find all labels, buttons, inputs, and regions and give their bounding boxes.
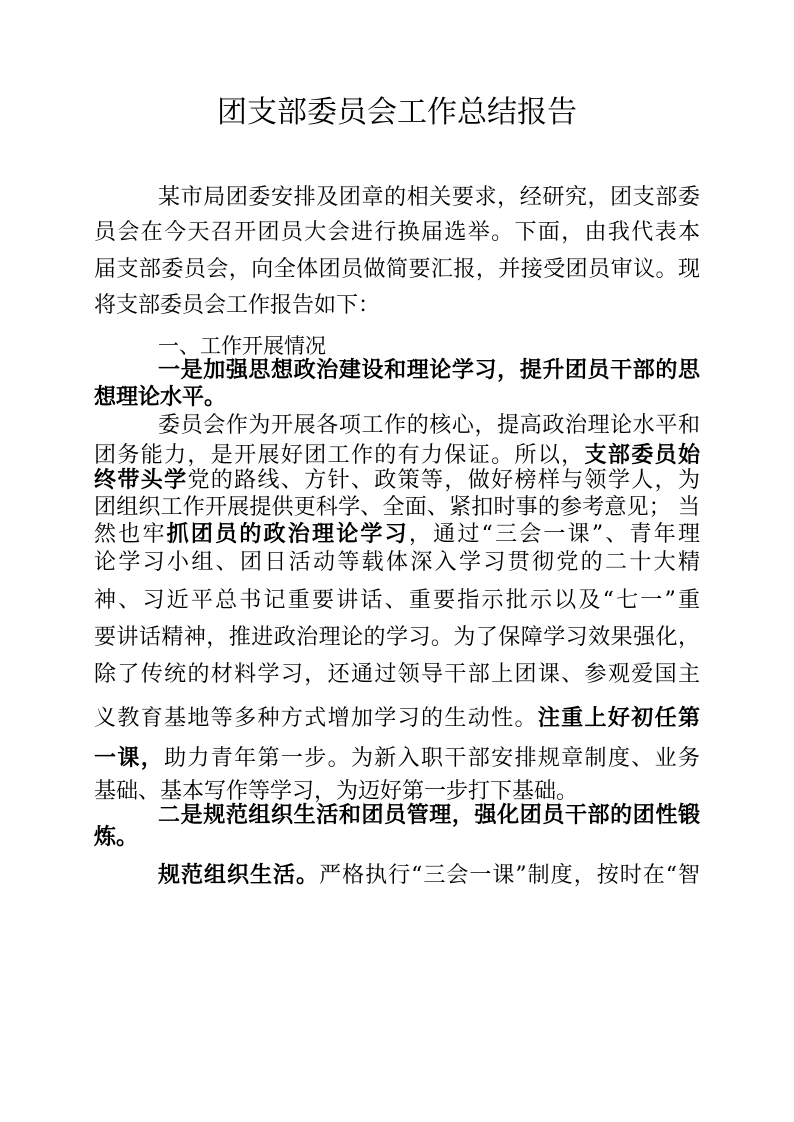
body-text-run: 委员会作为开展各项工作的核心，提高政治理论水平和 bbox=[158, 413, 700, 438]
text-line: 一课，助力青年第一步。为新入职干部安排规章制度、业务 bbox=[94, 744, 700, 774]
text-line: 某市局团委安排及团章的相关要求，经研究，团支部委 bbox=[94, 183, 700, 213]
document-page: 团支部委员会工作总结报告某市局团委安排及团章的相关要求，经研究，团支部委员会在今… bbox=[0, 0, 794, 1122]
body-text-run: 某市局团委安排及团章的相关要求，经研究，团支部委 bbox=[158, 185, 700, 210]
body-text-run: 员会在今天召开团员大会进行换届选举。下面，由我代表本 bbox=[94, 220, 700, 245]
body-text-run: ，通过“三会一课”、青年理 bbox=[409, 522, 700, 547]
bold-emphasis-run: 支部委员始 bbox=[585, 443, 700, 468]
section-heading-text: 一、工作开展情况 bbox=[158, 334, 326, 358]
text-line: 团支部委员会工作总结报告 bbox=[94, 93, 700, 133]
bold-emphasis-run: 抓团员的政治理论学习 bbox=[167, 522, 409, 547]
subheading-text: 一是加强思想政治建设和理论学习，提升团员干部的思 bbox=[158, 358, 700, 383]
text-line: 员会在今天召开团员大会进行换届选举。下面，由我代表本 bbox=[94, 218, 700, 248]
text-line: 规范组织生活。严格执行“三会一课”制度，按时在“智 bbox=[94, 861, 700, 891]
bold-emphasis-run: 注重上好初任第 bbox=[538, 706, 700, 731]
body-text-run: 神、习近平总书记重要讲话、重要指示批示以及“七一”重 bbox=[94, 588, 700, 613]
text-line: 将支部委员会工作报告如下： bbox=[94, 291, 700, 321]
title-text: 团支部委员会工作总结报告 bbox=[217, 95, 577, 130]
bold-emphasis-run: 一课， bbox=[94, 746, 164, 771]
text-line: 要讲话精神，推进政治理论的学习。为了保障学习效果强化， bbox=[94, 623, 700, 653]
body-text-run: 然也牢 bbox=[94, 522, 167, 547]
text-line: 然也牢抓团员的政治理论学习，通过“三会一课”、青年理 bbox=[94, 520, 700, 550]
body-text-run: 届支部委员会，向全体团员做简要汇报，并接受团员审议。现 bbox=[94, 257, 700, 282]
body-text-run: 团组织工作开展提供更科学、全面、紧扣时事的参考意见； 当 bbox=[94, 495, 700, 520]
body-text-run: 助力青年第一步。为新入职干部安排规章制度、业务 bbox=[164, 746, 700, 771]
text-line: 团组织工作开展提供更科学、全面、紧扣时事的参考意见； 当 bbox=[94, 493, 700, 523]
text-line: 想理论水平。 bbox=[94, 383, 700, 413]
text-line: 一是加强思想政治建设和理论学习，提升团员干部的思 bbox=[94, 356, 700, 386]
text-line: 届支部委员会，向全体团员做简要汇报，并接受团员审议。现 bbox=[94, 255, 700, 285]
text-line: 除了传统的材料学习，还通过领导干部上团课、参观爱国主 bbox=[94, 660, 700, 690]
body-text-run: 团务能力，是开展好团工作的有力保证。所以， bbox=[94, 443, 585, 468]
subheading-text: 想理论水平。 bbox=[94, 385, 226, 410]
body-text-run: 严格执行“三会一课”制度，按时在“智 bbox=[319, 863, 700, 888]
text-line: 神、习近平总书记重要讲话、重要指示批示以及“七一”重 bbox=[94, 586, 700, 616]
subheading-text: 炼。 bbox=[94, 825, 138, 850]
text-line: 论学习小组、团日活动等载体深入学习贯彻党的二十大精 bbox=[94, 548, 700, 578]
bold-emphasis-run: 终带头学 bbox=[94, 468, 187, 493]
text-line: 炼。 bbox=[94, 823, 700, 853]
body-text-run: 将支部委员会工作报告如下： bbox=[94, 293, 380, 318]
body-text-run: 义教育基地等多种方式增加学习的生动性。 bbox=[94, 706, 538, 731]
body-text-run: 要讲话精神，推进政治理论的学习。为了保障学习效果强化， bbox=[94, 625, 700, 650]
text-line: 终带头学党的路线、方针、政策等，做好榜样与领学人，为 bbox=[94, 466, 700, 496]
text-line: 委员会作为开展各项工作的核心，提高政治理论水平和 bbox=[94, 411, 700, 441]
bold-emphasis-run: 规范组织生活。 bbox=[158, 863, 319, 888]
body-text-run: 除了传统的材料学习，还通过领导干部上团课、参观爱国主 bbox=[94, 662, 700, 687]
body-text-run: 党的路线、方针、政策等，做好榜样与领学人，为 bbox=[187, 468, 700, 493]
body-text-run: 论学习小组、团日活动等载体深入学习贯彻党的二十大精 bbox=[94, 550, 700, 575]
text-line: 义教育基地等多种方式增加学习的生动性。注重上好初任第 bbox=[94, 704, 700, 734]
